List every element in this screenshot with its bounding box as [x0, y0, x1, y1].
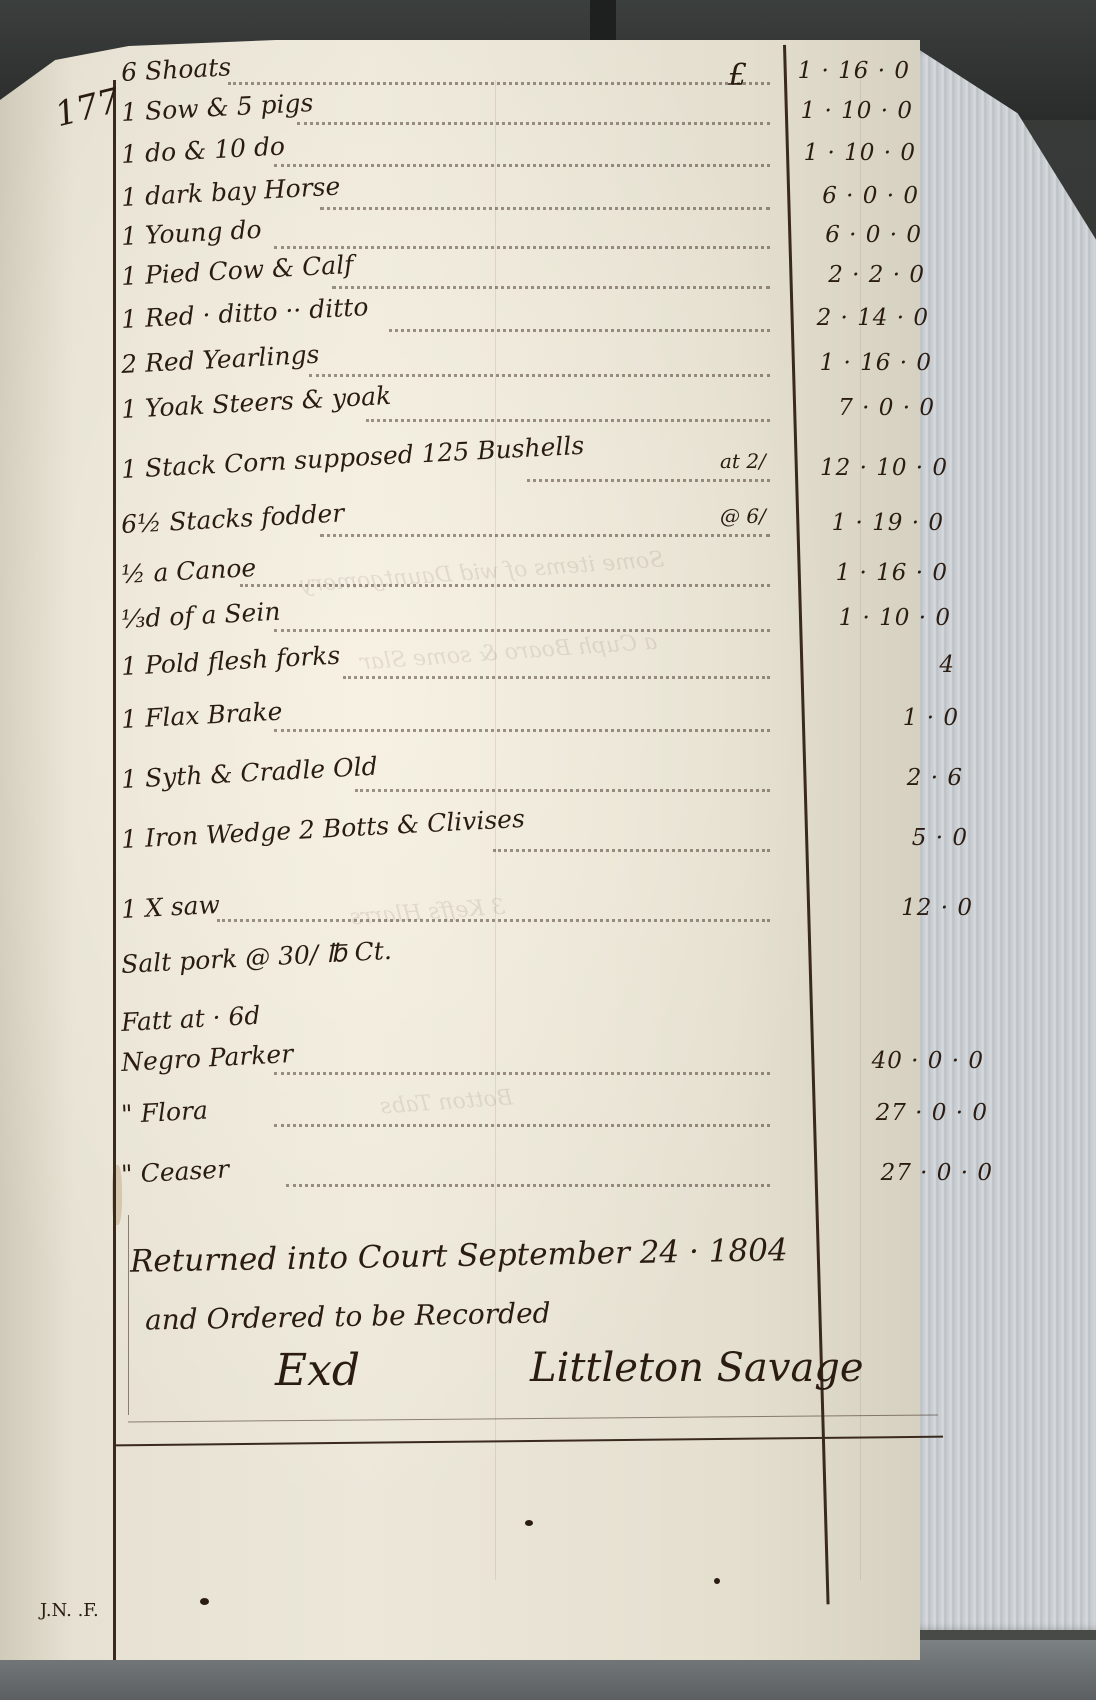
- item-amount: 12 · 0: [853, 895, 973, 921]
- dot-leader: [274, 727, 770, 732]
- dot-leader: [493, 847, 771, 852]
- inventory-list: 6 Shoats1 · 16 · 01 Sow & 5 pigs1 · 10 ·…: [0, 0, 1000, 1200]
- item-description: 1 Pold flesh forks: [120, 641, 340, 681]
- item-amount: 1 · 16 · 0: [790, 58, 910, 84]
- item-description: 1 Stack Corn supposed 125 Bushells: [120, 431, 584, 484]
- item-amount: 2 · 6: [843, 765, 963, 791]
- item-rate: @ 6/: [720, 504, 766, 528]
- ledger-entry: 6½ Stacks fodder@ 6/1 · 19 · 0: [0, 510, 1000, 550]
- item-amount: 4: [835, 652, 955, 678]
- item-description: 6 Shoats: [120, 52, 231, 87]
- item-description: 6½ Stacks fodder: [120, 498, 344, 539]
- examined-mark: Exd: [275, 1345, 360, 1396]
- ledger-entry: 1 Flax Brake1 · 0: [0, 705, 1000, 745]
- item-amount: 1 · 10 · 0: [796, 140, 916, 166]
- ledger-entry: " Flora27 · 0 · 0: [0, 1100, 1000, 1140]
- item-description: 1 Flax Brake: [120, 697, 283, 734]
- ledger-entry: 1 dark bay Horse6 · 0 · 0: [0, 183, 1000, 223]
- ledger-entry: 1 Yoak Steers & yoak7 · 0 · 0: [0, 395, 1000, 435]
- ledger-entry: Negro Parker40 · 0 · 0: [0, 1048, 1000, 1088]
- item-description: 1 Iron Wedge 2 Botts & Clivises: [120, 804, 525, 854]
- item-amount: 1 · 16 · 0: [812, 350, 932, 376]
- item-amount: 1 · 10 · 0: [831, 605, 951, 631]
- certification-recorded-line: and Ordered to be Recorded: [145, 1296, 551, 1336]
- photo-scene: Some items of wid Dauntgomery a Cuph Boa…: [0, 0, 1096, 1700]
- dot-leader: [320, 205, 770, 210]
- item-amount: 7 · 0 · 0: [815, 395, 935, 421]
- dot-leader: [228, 80, 770, 85]
- ink-blot: [200, 1598, 209, 1605]
- item-amount: 1 · 10 · 0: [793, 98, 913, 124]
- dot-leader: [320, 532, 770, 537]
- item-amount: 6 · 0 · 0: [802, 222, 922, 248]
- item-description: Salt pork @ 30/ ℔ Ct.: [120, 936, 392, 979]
- ledger-entry: 1 do & 10 do1 · 10 · 0: [0, 140, 1000, 180]
- item-amount: 1 · 19 · 0: [824, 510, 944, 536]
- ledger-entry: ½ a Canoe1 · 16 · 0: [0, 560, 1000, 600]
- dot-leader: [217, 917, 771, 922]
- item-description: ⅓d of a Sein: [120, 597, 281, 634]
- item-amount: 40 · 0 · 0: [864, 1048, 984, 1074]
- ink-blot: [714, 1578, 720, 1584]
- dot-leader: [274, 244, 770, 249]
- dot-leader: [355, 787, 771, 792]
- dot-leader: [366, 417, 770, 422]
- ledger-entry: 1 Iron Wedge 2 Botts & Clivises5 · 0: [0, 825, 1000, 865]
- dot-leader: [389, 327, 770, 332]
- ledger-entry: 1 Young do6 · 0 · 0: [0, 222, 1000, 262]
- dot-leader: [527, 477, 770, 482]
- item-amount: 2 · 14 · 0: [809, 305, 929, 331]
- ledger-entry: ⅓d of a Sein1 · 10 · 0: [0, 605, 1000, 645]
- item-amount: 6 · 0 · 0: [799, 183, 919, 209]
- item-amount: 27 · 0 · 0: [868, 1100, 988, 1126]
- item-rate: at 2/: [720, 449, 766, 473]
- dot-leader: [274, 627, 770, 632]
- item-amount: 27 · 0 · 0: [873, 1160, 993, 1186]
- clerk-signature: Littleton Savage: [530, 1345, 864, 1391]
- dot-leader: [274, 1070, 770, 1075]
- ledger-entry: Salt pork @ 30/ ℔ Ct.: [0, 950, 1000, 990]
- ledger-entry: 1 Stack Corn supposed 125 Bushellsat 2/1…: [0, 455, 1000, 495]
- margin-note: J.N. .F.: [40, 1600, 99, 1621]
- dot-leader: [343, 674, 770, 679]
- item-amount: 12 · 10 · 0: [820, 455, 940, 481]
- dot-leader: [274, 162, 770, 167]
- ledger-entry: 1 Sow & 5 pigs1 · 10 · 0: [0, 98, 1000, 138]
- item-description: Fatt at · 6d: [120, 1001, 261, 1037]
- ink-blot: [525, 1520, 533, 1526]
- dot-leader: [297, 120, 770, 125]
- item-description: " Ceaser: [120, 1154, 229, 1189]
- item-description: 1 Young do: [120, 215, 262, 251]
- item-amount: 1 · 0: [839, 705, 959, 731]
- item-description: 1 X saw: [120, 890, 220, 924]
- ledger-entry: 1 Syth & Cradle Old2 · 6: [0, 765, 1000, 805]
- item-description: " Flora: [120, 1096, 208, 1129]
- dot-leader: [274, 1122, 770, 1127]
- ledger-entry: Fatt at · 6d: [0, 1008, 1000, 1048]
- ledger-entry: 6 Shoats1 · 16 · 0: [0, 58, 1000, 98]
- dot-leader: [286, 1182, 771, 1187]
- ledger-entry: 1 X saw12 · 0: [0, 895, 1000, 935]
- item-description: ½ a Canoe: [120, 553, 256, 589]
- dot-leader: [240, 582, 771, 587]
- dot-leader: [332, 284, 771, 289]
- ledger-entry: 2 Red Yearlings1 · 16 · 0: [0, 350, 1000, 390]
- item-description: 1 Syth & Cradle Old: [120, 752, 378, 794]
- item-amount: 1 · 16 · 0: [828, 560, 948, 586]
- ledger-entry: 1 Pold flesh forks4: [0, 652, 1000, 692]
- ledger-entry: 1 Red · ditto ·· ditto2 · 14 · 0: [0, 305, 1000, 345]
- item-amount: 2 · 2 · 0: [805, 262, 925, 288]
- item-description: 2 Red Yearlings: [120, 340, 320, 379]
- item-amount: 5 · 0: [848, 825, 968, 851]
- dot-leader: [309, 372, 771, 377]
- ledger-entry: " Ceaser27 · 0 · 0: [0, 1160, 1000, 1200]
- ledger-entry: 1 Pied Cow & Calf2 · 2 · 0: [0, 262, 1000, 302]
